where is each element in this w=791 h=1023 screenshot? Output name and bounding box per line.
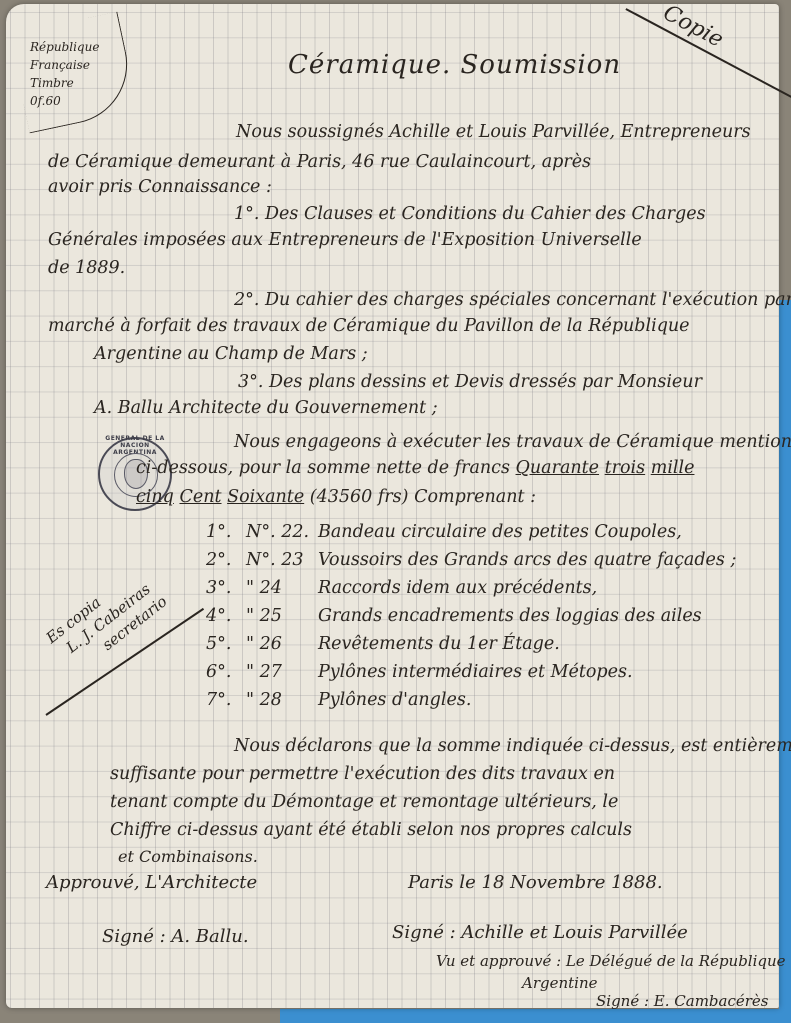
list-item: 2°.N°. 23Voussoirs des Grands arcs des q… [206, 550, 736, 570]
intro-line: Nous soussignés Achille et Louis Parvill… [236, 122, 751, 142]
place-date: Paris le 18 Novembre 1888. [408, 872, 663, 893]
item-ref: N°. 22. [246, 522, 318, 542]
declaration-line: suffisante pour permettre l'exécution de… [110, 764, 615, 784]
item-desc: Pylônes intermédiaires et Métopes. [318, 662, 633, 682]
list-item: 4°." 25Grands encadrements des loggias d… [206, 606, 702, 626]
amount-word: Quarante [516, 458, 600, 478]
item-number: 3°. [206, 578, 246, 598]
engagement-text: Comprenant : [414, 487, 536, 507]
delegate-country: Argentine [522, 974, 598, 992]
declaration-line: tenant compte du Démontage et remontage … [110, 792, 618, 812]
corner-note-line: République [30, 38, 99, 56]
margin-note: Es copia L. J. Cabeiras secretario [42, 560, 171, 679]
point-2-line: marché à forfait des travaux de Céramiqu… [48, 316, 690, 336]
list-item: 3°." 24Raccords idem aux précédents, [206, 578, 597, 598]
item-number: 1°. [206, 522, 246, 542]
point-1-line: 1°. Des Clauses et Conditions du Cahier … [234, 204, 706, 224]
amount-word: cinq [136, 487, 174, 507]
intro-line: avoir pris Connaissance : [48, 177, 272, 197]
item-ref: " 25 [246, 606, 318, 626]
item-number: 4°. [206, 606, 246, 626]
declaration-line: et Combinaisons. [118, 847, 258, 866]
engagement-text: ci-dessous, pour la somme nette de franc… [136, 458, 516, 478]
architect-signature: Signé : A. Ballu. [102, 926, 249, 947]
point-2-line: Argentine au Champ de Mars ; [94, 344, 368, 364]
amount-word: Soixante [227, 487, 304, 507]
amount-figures: (43560 frs) [310, 487, 409, 507]
point-3-line: 3°. Des plans dessins et Devis dressés p… [238, 372, 702, 392]
page-title: Céramique. Soumission [288, 50, 621, 80]
item-desc: Raccords idem aux précédents, [318, 578, 597, 598]
corner-note-line: 0f.60 [30, 92, 99, 110]
item-desc: Revêtements du 1er Étage. [318, 634, 560, 654]
item-desc: Bandeau circulaire des petites Coupoles, [318, 522, 682, 542]
item-ref: N°. 23 [246, 550, 318, 570]
list-item: 7°." 28Pylônes d'angles. [206, 690, 471, 710]
item-desc: Grands encadrements des loggias des aile… [318, 606, 702, 626]
point-3-line: A. Ballu Architecte du Gouvernement ; [94, 398, 438, 418]
point-1-line: de 1889. [48, 258, 125, 278]
delegate-approval: Vu et approuvé : Le Délégué de la Républ… [436, 952, 786, 970]
item-ref: " 28 [246, 690, 318, 710]
item-number: 5°. [206, 634, 246, 654]
delegate-signature: Signé : E. Cambacérès [596, 992, 769, 1010]
backdrop-edge-bottom [280, 1009, 791, 1023]
declaration-line: Chiffre ci-dessus ayant été établi selon… [110, 820, 632, 840]
item-ref: " 27 [246, 662, 318, 682]
item-ref: " 26 [246, 634, 318, 654]
contractor-signature: Signé : Achille et Louis Parvillée [392, 922, 688, 943]
engagement-line: cinq Cent Soixante (43560 frs) Comprenan… [136, 487, 536, 507]
list-item: 1°.N°. 22.Bandeau circulaire des petites… [206, 522, 682, 542]
document-page: République Française Timbre 0f.60 Copie … [6, 4, 779, 1008]
corner-note: République Française Timbre 0f.60 [30, 38, 99, 110]
item-number: 6°. [206, 662, 246, 682]
item-number: 7°. [206, 690, 246, 710]
amount-word: Cent [179, 487, 221, 507]
intro-line: de Céramique demeurant à Paris, 46 rue C… [48, 152, 591, 172]
declaration-line: Nous déclarons que la somme indiquée ci-… [234, 736, 791, 756]
corner-note-line: Timbre [30, 74, 99, 92]
point-1-line: Générales imposées aux Entrepreneurs de … [48, 230, 642, 250]
list-item: 6°." 27Pylônes intermédiaires et Métopes… [206, 662, 633, 682]
item-desc: Voussoirs des Grands arcs des quatre faç… [318, 550, 736, 570]
amount-word: trois [605, 458, 646, 478]
item-number: 2°. [206, 550, 246, 570]
item-desc: Pylônes d'angles. [318, 690, 471, 710]
item-ref: " 24 [246, 578, 318, 598]
corner-note-line: Française [30, 56, 99, 74]
amount-word: mille [651, 458, 695, 478]
engagement-line: ci-dessous, pour la somme nette de franc… [136, 458, 694, 478]
list-item: 5°." 26Revêtements du 1er Étage. [206, 634, 560, 654]
architect-approval: Approuvé, L'Architecte [46, 872, 257, 893]
engagement-line: Nous engageons à exécuter les travaux de… [234, 432, 791, 452]
backdrop-edge-right [779, 300, 791, 1023]
point-2-line: 2°. Du cahier des charges spéciales conc… [234, 290, 791, 310]
